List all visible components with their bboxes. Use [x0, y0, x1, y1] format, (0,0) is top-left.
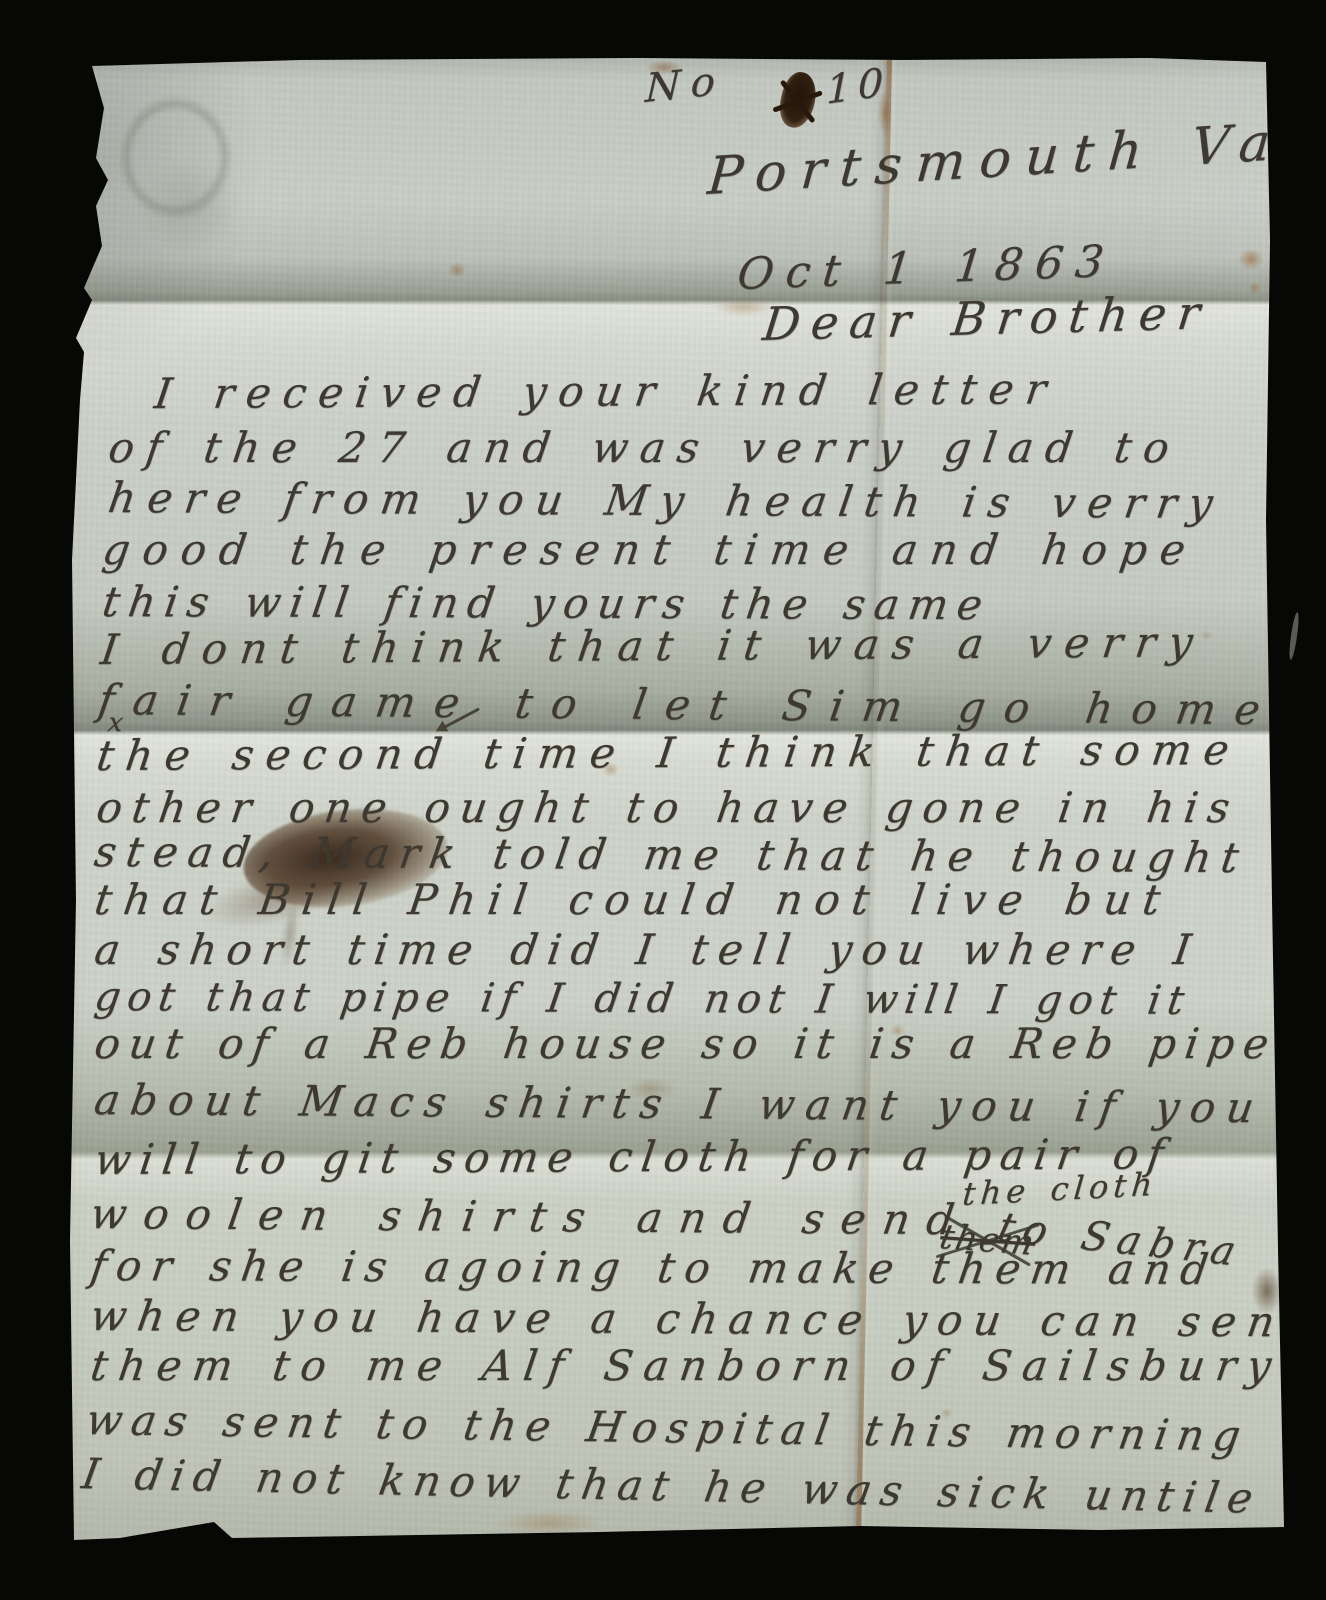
rust-spot — [1238, 248, 1264, 270]
body-line: other one ought to have gone in his — [94, 786, 1243, 830]
body-line: a short time did I tell you where I — [92, 928, 1204, 972]
body-line: for she is agoing to make them and — [88, 1244, 1221, 1292]
letter-number-label: No — [645, 60, 726, 110]
body-line: stead, Mark told me that he thought — [92, 830, 1252, 880]
body-line: about Macs shirts I want you if you — [91, 1078, 1267, 1130]
body-line: I received your kind letter — [152, 367, 1061, 416]
body-line: out of a Reb house so it is a Reb pipe — [92, 1022, 1281, 1066]
letter-paper: No 10 Portsmouth Va Oct 1 1863 Dear Brot… — [0, 0, 1326, 1600]
body-line: of the 27 and was verry glad to — [106, 426, 1184, 470]
page-edge-glint — [1288, 612, 1301, 660]
body-line: here from you My health is verry — [106, 476, 1228, 526]
rust-spot — [448, 262, 466, 278]
body-line: got that pipe if I did not I will I got … — [92, 976, 1194, 1022]
letter-number-value: 10 — [826, 61, 890, 111]
body-line: when you have a chance you can send — [88, 1294, 1326, 1345]
bottom-edge-stain — [498, 1510, 602, 1536]
salutation-line: Dear Brother — [760, 288, 1213, 348]
body-line: I dont think that it was a verry — [98, 620, 1208, 672]
body-line: the second time I think that some — [94, 728, 1244, 778]
rust-spot — [1248, 282, 1261, 294]
scanned-letter: No 10 Portsmouth Va Oct 1 1863 Dear Brot… — [0, 0, 1326, 1600]
body-line: fair game to let Sim go home — [95, 678, 1281, 732]
water-blotch-stain — [135, 158, 240, 250]
body-line: them to me Alf Sanborn of Sailsbury — [88, 1344, 1285, 1388]
body-line: that Bill Phil could not live but — [92, 878, 1175, 922]
body-line: good the present time and hope — [100, 528, 1201, 572]
body-line: woolen shirts and send — [87, 1192, 973, 1242]
